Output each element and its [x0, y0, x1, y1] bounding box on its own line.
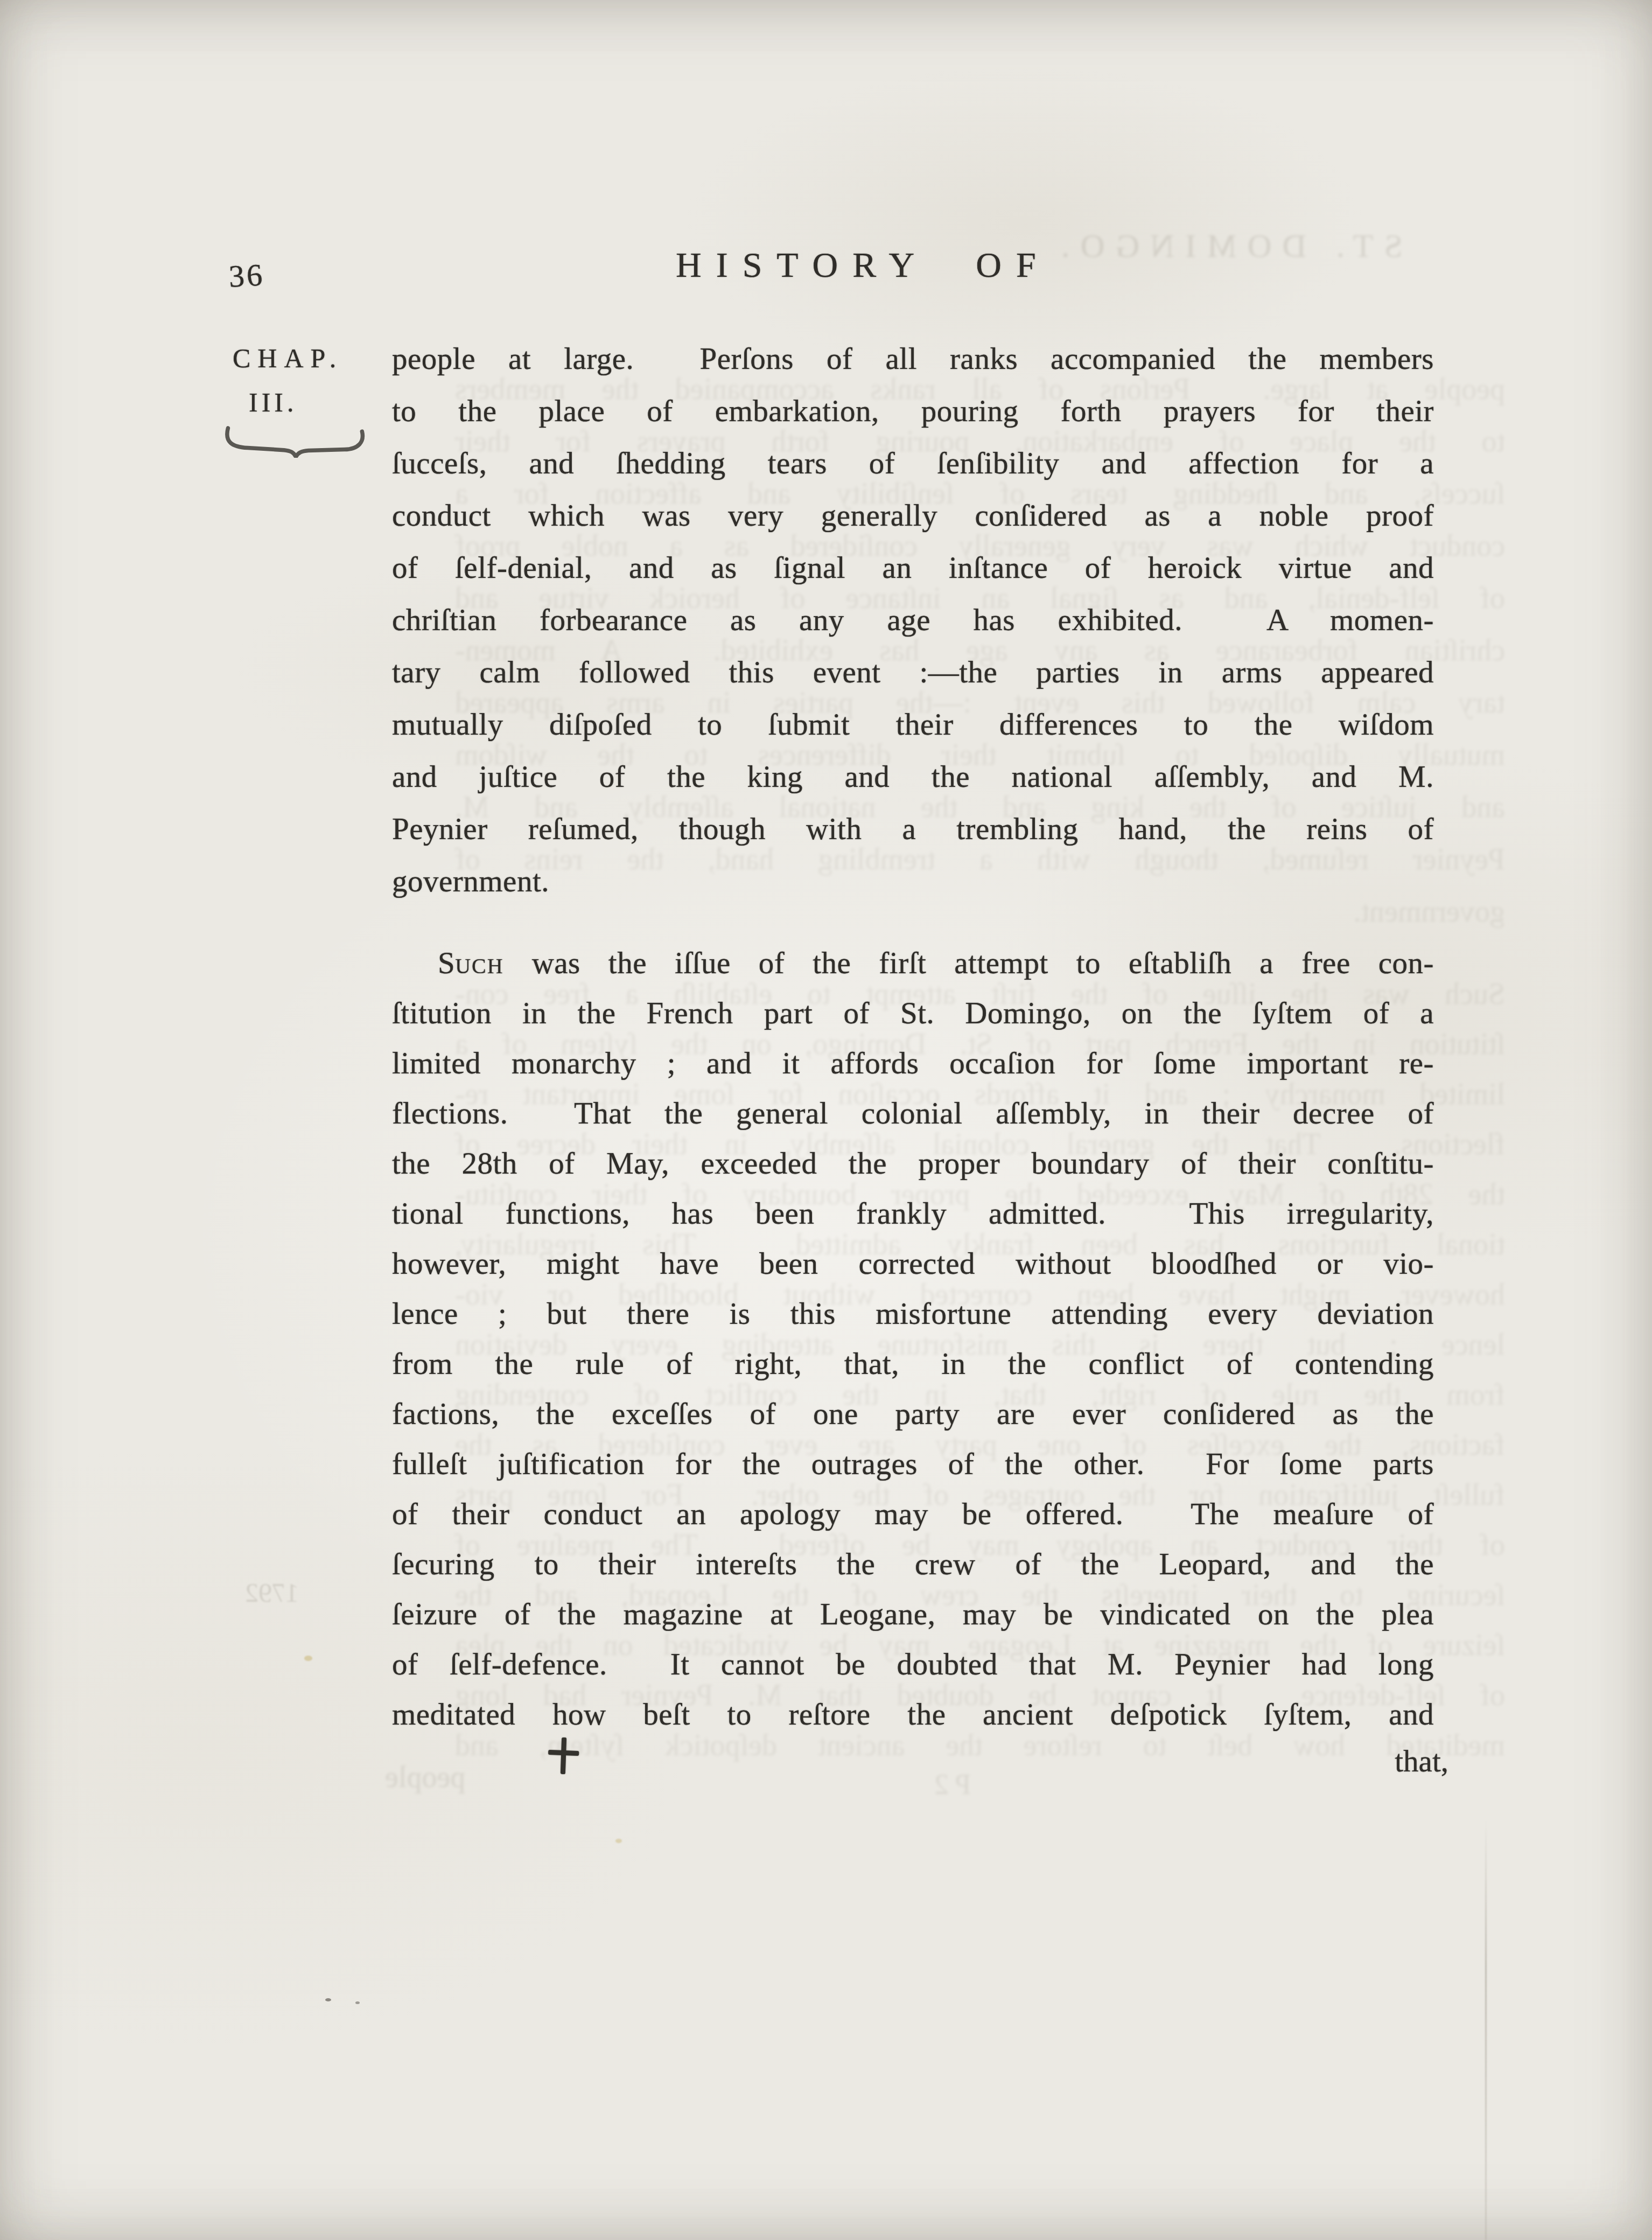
body-text: people at large. Perſons of all ranks ac… [0, 0, 1652, 2240]
text-line: tional functions, has been frankly admit… [392, 1189, 1434, 1239]
paragraph: Such was the iſſue of the firſt attempt … [392, 938, 1434, 1740]
book-page-scan: ST. DOMINGO. people at large. Perſons of… [0, 0, 1652, 2240]
text-line: ſeizure of the magazine at Leogane, may … [392, 1589, 1434, 1639]
paper-stain [615, 1839, 622, 1843]
text-line: chriſtian forbearance as any age has exh… [392, 594, 1434, 646]
text-line: government. [392, 855, 1434, 908]
text-fragment: was the iſſue of the firſt attempt to eſ… [504, 946, 1434, 980]
text-line: conduct which was very generally conſide… [392, 490, 1434, 542]
text-line: limited monarchy ; and it affords occaſi… [392, 1038, 1434, 1088]
text-line: to the place of embarkation, pouring for… [392, 385, 1434, 437]
ink-speck [828, 1310, 832, 1314]
text-line: mutually diſpoſed to ſubmit their differ… [392, 699, 1434, 751]
text-line: the 28th of May, exceeded the proper bou… [392, 1139, 1434, 1189]
text-fragment: S [438, 946, 455, 980]
text-line: ſecuring to their intereſts the crew of … [392, 1539, 1434, 1589]
text-line: meditated how beſt to reſtore the ancien… [392, 1690, 1434, 1740]
text-line: of ſelf-denial, and as ſignal an inſtanc… [392, 542, 1434, 594]
text-line: of ſelf-defence. It cannot be doubted th… [392, 1639, 1434, 1690]
paragraph: people at large. Perſons of all ranks ac… [392, 333, 1434, 908]
text-line: lence ; but there is this misfortune att… [392, 1289, 1434, 1339]
text-line: from the rule of right, that, in the con… [392, 1339, 1434, 1389]
text-line: Such was the iſſue of the firſt attempt … [392, 938, 1434, 988]
paper-crease [1485, 1820, 1487, 2240]
text-line: ſtitution in the French part of St. Domi… [392, 988, 1434, 1038]
ink-speck [355, 2001, 360, 2004]
catchword: that, [1395, 1744, 1448, 1779]
text-line: tary calm followed this event :—the part… [392, 646, 1434, 699]
paper-stain [304, 1656, 312, 1661]
text-line: however, might have been corrected witho… [392, 1239, 1434, 1289]
text-line: Peynier reſumed, though with a trembling… [392, 803, 1434, 855]
text-line: people at large. Perſons of all ranks ac… [392, 333, 1434, 385]
ink-speck [325, 1998, 331, 2001]
text-fragment: uch [455, 946, 503, 980]
text-line: factions, the exceſſes of one party are … [392, 1389, 1434, 1439]
text-line: fulleſt juſtification for the outrages o… [392, 1439, 1434, 1489]
text-line: ſucceſs, and ſhedding tears of ſenſibili… [392, 437, 1434, 490]
text-line: and juſtice of the king and the national… [392, 751, 1434, 803]
text-line: of their conduct an apology may be offer… [392, 1489, 1434, 1539]
text-line: flections. That the general colonial aſſ… [392, 1088, 1434, 1139]
